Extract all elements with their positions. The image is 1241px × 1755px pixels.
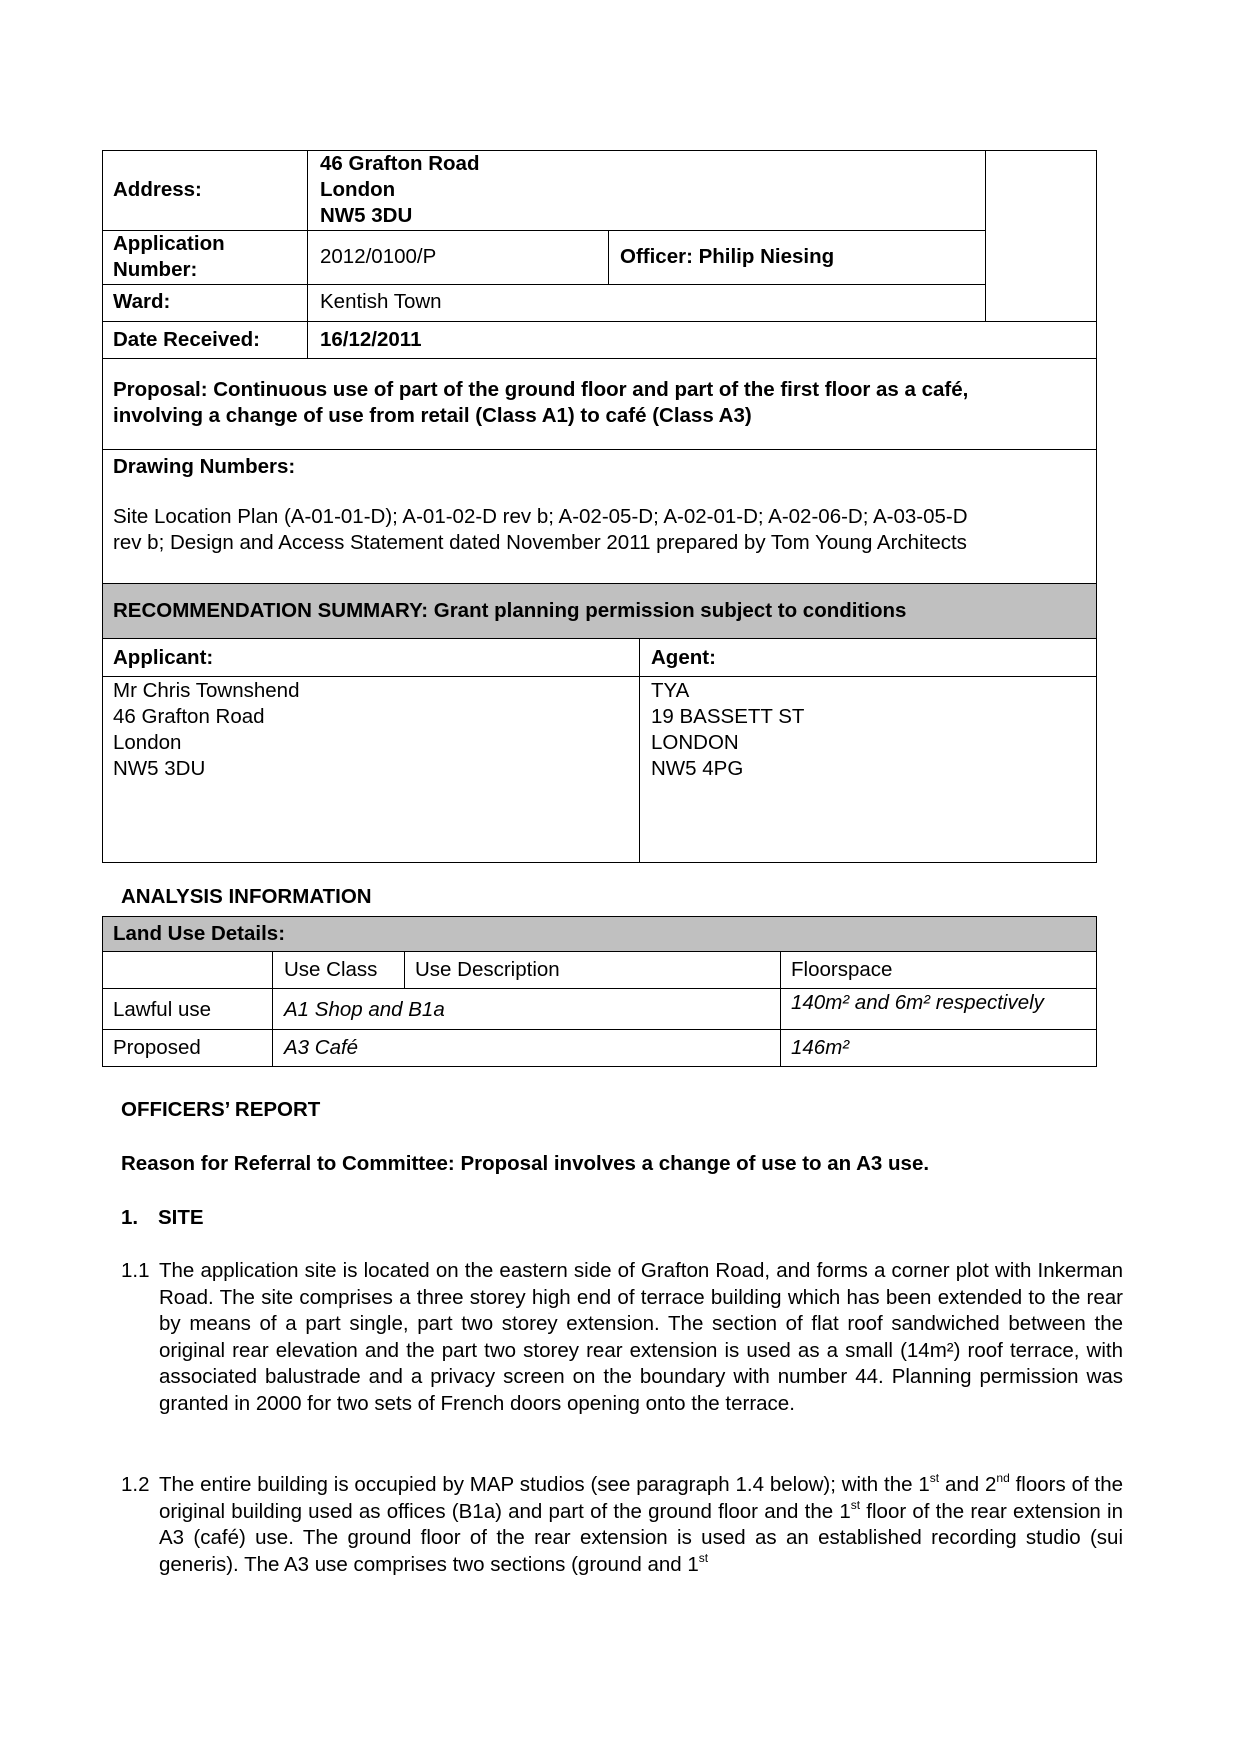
- table-border: [404, 951, 405, 988]
- table-border: [102, 449, 1097, 450]
- table-border: [102, 676, 1097, 677]
- drawing-numbers-list: Site Location Plan (A-01-01-D); A-01-02-…: [113, 504, 968, 556]
- table-border: [1096, 916, 1097, 1066]
- table-border: [102, 284, 985, 285]
- table-border: [102, 916, 1097, 917]
- agent-label: Agent:: [651, 645, 716, 671]
- applicant-label: Applicant:: [113, 645, 213, 671]
- officer-name: Officer: Philip Niesing: [620, 244, 834, 270]
- paragraph-number: 1.2: [121, 1472, 150, 1499]
- agent-details: TYA 19 BASSETT ST LONDON NW5 4PG: [651, 678, 804, 782]
- section-title: SITE: [158, 1205, 204, 1231]
- officers-report-heading: OFFICERS’ REPORT: [121, 1097, 320, 1123]
- section-number: 1.: [121, 1205, 138, 1231]
- row-label: Lawful use: [113, 997, 211, 1023]
- table-border: [780, 951, 781, 1066]
- column-header-use-description: Use Description: [415, 957, 560, 983]
- table-border: [102, 862, 1097, 863]
- table-border: [102, 150, 103, 862]
- paragraph-text: The application site is located on the e…: [159, 1259, 1123, 1415]
- table-border: [102, 916, 103, 1066]
- paragraph-number: 1.1: [121, 1258, 150, 1285]
- row-floorspace: 140m² and 6m² respectively: [791, 990, 1044, 1016]
- row-use: A3 Café: [284, 1035, 358, 1061]
- table-border: [102, 150, 1097, 151]
- table-border: [102, 321, 1097, 322]
- paragraph-1-1: 1.1 The application site is located on t…: [159, 1258, 1123, 1418]
- table-border: [272, 951, 273, 1066]
- drawing-numbers-label: Drawing Numbers:: [113, 454, 295, 480]
- row-label: Proposed: [113, 1035, 201, 1061]
- referral-reason: Reason for Referral to Committee: Propos…: [121, 1151, 929, 1177]
- table-border: [102, 230, 985, 231]
- table-border: [639, 638, 640, 862]
- table-border: [307, 150, 308, 358]
- column-header-floorspace: Floorspace: [791, 957, 892, 983]
- ward-label: Ward:: [113, 289, 170, 315]
- address-value: 46 Grafton Road London NW5 3DU: [320, 151, 479, 229]
- table-border: [102, 1066, 1097, 1067]
- paragraph-1-2: 1.2 The entire building is occupied by M…: [159, 1472, 1123, 1578]
- land-use-label: Land Use Details:: [113, 921, 285, 947]
- column-header-use-class: Use Class: [284, 957, 377, 983]
- row-floorspace: 146m²: [791, 1035, 849, 1061]
- applicant-details: Mr Chris Townshend 46 Grafton Road Londo…: [113, 678, 299, 782]
- table-border: [985, 150, 986, 321]
- table-border: [102, 951, 1097, 952]
- application-number-label: Application Number:: [113, 231, 225, 283]
- application-number: 2012/0100/P: [320, 244, 436, 270]
- table-border: [1096, 150, 1097, 862]
- date-received-value: 16/12/2011: [320, 327, 421, 353]
- ward-value: Kentish Town: [320, 289, 442, 315]
- address-label: Address:: [113, 177, 202, 203]
- table-border: [608, 230, 609, 284]
- table-border: [102, 358, 1097, 359]
- analysis-heading: ANALYSIS INFORMATION: [121, 884, 372, 910]
- date-received-label: Date Received:: [113, 327, 260, 353]
- table-border: [102, 638, 1097, 639]
- proposal-text: Proposal: Continuous use of part of the …: [113, 377, 968, 429]
- recommendation-summary: RECOMMENDATION SUMMARY: Grant planning p…: [113, 598, 906, 624]
- row-use: A1 Shop and B1a: [284, 997, 445, 1023]
- table-border: [102, 583, 1097, 584]
- table-border: [102, 1029, 1097, 1030]
- table-border: [102, 988, 1097, 989]
